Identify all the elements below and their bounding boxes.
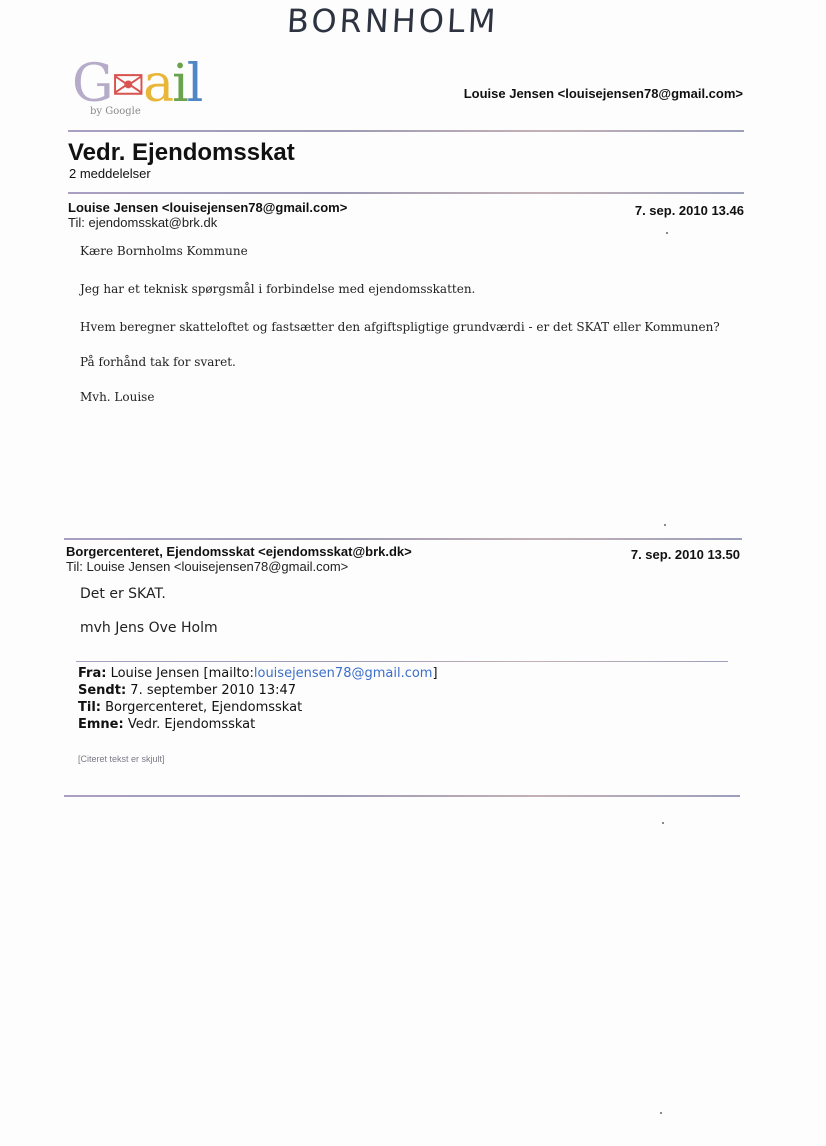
message-count: 2 meddelelser [69, 166, 151, 181]
quoted-subject: Vedr. Ejendomsskat [128, 717, 255, 732]
handwritten-annotation: BORNHOLM [286, 2, 499, 40]
account-email: Louise Jensen <louisejensen78@gmail.com> [464, 86, 743, 101]
divider [68, 192, 744, 194]
scan-speck [664, 524, 666, 526]
quoted-sent: 7. september 2010 13:47 [130, 683, 296, 698]
body-line: Jeg har et teknisk spørgsmål i forbindel… [80, 282, 475, 296]
bracket: ] [432, 666, 437, 681]
divider [64, 795, 740, 797]
divider [68, 130, 744, 132]
body-line: Kære Bornholms Kommune [80, 244, 248, 258]
quoted-header: Fra: Louise Jensen [mailto:louisejensen7… [78, 665, 438, 733]
message-header: Borgercenteret, Ejendomsskat <ejendomssk… [66, 544, 740, 574]
message-date: 7. sep. 2010 13.50 [631, 547, 740, 562]
scan-speck [662, 822, 664, 824]
body-line: Hvem beregner skatteloftet og fastsætter… [80, 320, 720, 334]
scan-speck [660, 1112, 662, 1114]
divider [76, 661, 728, 662]
divider [64, 538, 742, 540]
gmail-logo: G✉ail by Google [72, 58, 217, 120]
label: Til: [78, 700, 101, 715]
message-date: 7. sep. 2010 13.46 [635, 203, 744, 218]
body-line: Det er SKAT. [80, 586, 166, 602]
label: Sendt: [78, 683, 126, 698]
thread-subject: Vedr. Ejendomsskat [68, 139, 295, 167]
message-header: Louise Jensen <louisejensen78@gmail.com>… [68, 200, 744, 230]
body-line: mvh Jens Ove Holm [80, 620, 218, 636]
label: Emne: [78, 717, 124, 732]
body-line: Mvh. Louise [80, 390, 154, 404]
logo-byline: by Google [90, 106, 141, 117]
scan-speck [666, 232, 668, 234]
quoted-sender: Louise Jensen [mailto: [111, 666, 254, 681]
show-quoted-text-link[interactable]: [Citeret tekst er skjult] [78, 754, 165, 764]
label: Fra: [78, 666, 106, 681]
quoted-sender-email-link[interactable]: louisejensen78@gmail.com [254, 666, 433, 681]
quoted-to: Borgercenteret, Ejendomsskat [105, 700, 302, 715]
body-line: På forhånd tak for svaret. [80, 355, 236, 369]
